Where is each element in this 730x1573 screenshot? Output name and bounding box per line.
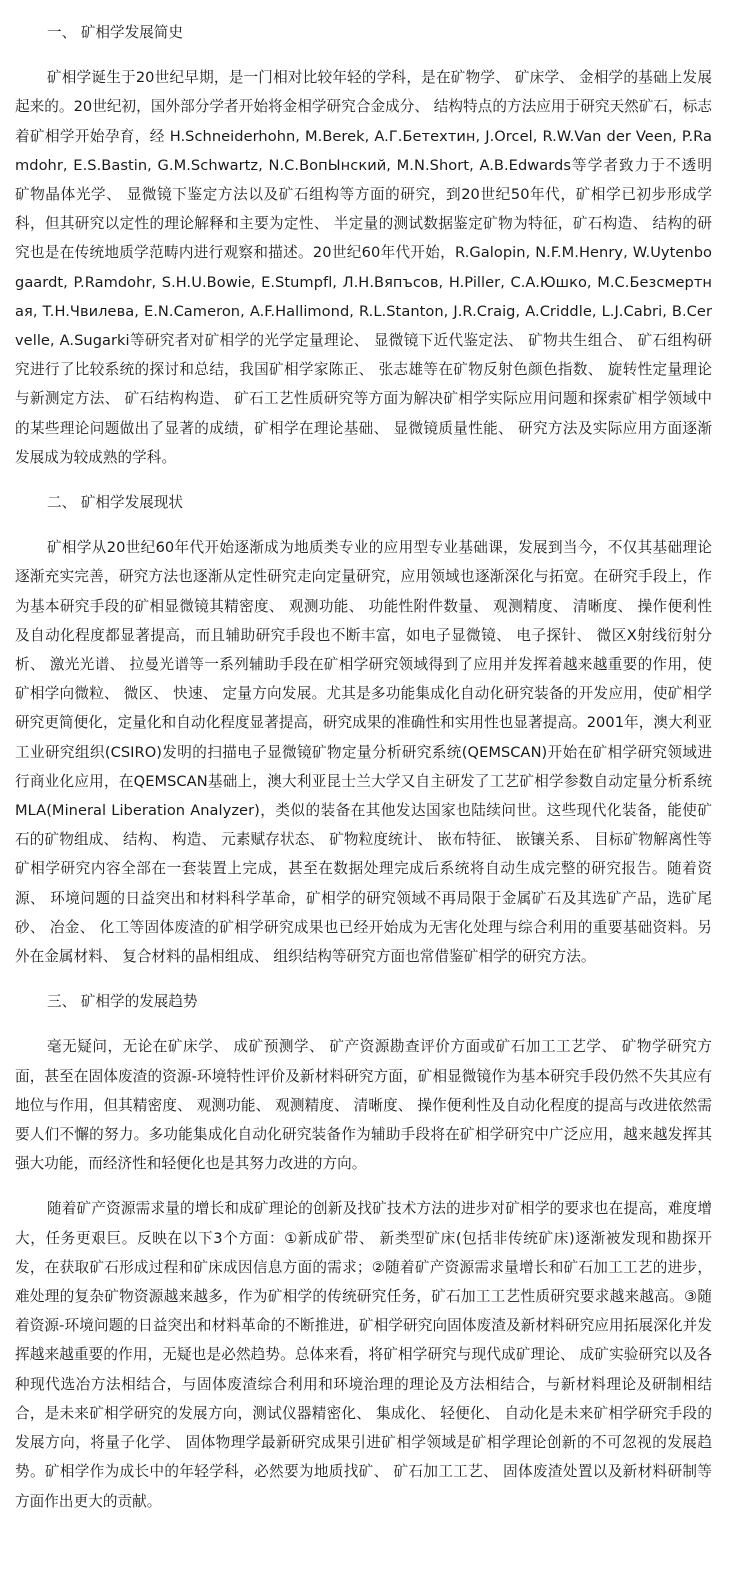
section-trends: 三、 矿相学的发展趋势 毫无疑问，无论在矿床学、 成矿预测学、 矿产资源勘查评价… (15, 987, 712, 1515)
spacer (15, 1178, 712, 1194)
section-status: 二、 矿相学发展现状 矿相学从20世纪60年代开始逐渐成为地质类专业的应用型专业… (15, 488, 712, 971)
spacer (15, 517, 712, 533)
document-page: 一、 矿相学发展简史 矿相学诞生于20世纪早期，是一门相对比较年轻的学科，是在矿… (15, 18, 712, 1516)
section-history: 一、 矿相学发展简史 矿相学诞生于20世纪早期，是一门相对比较年轻的学科，是在矿… (15, 18, 712, 472)
spacer (15, 971, 712, 987)
spacer (15, 1016, 712, 1032)
spacer (15, 47, 712, 63)
section-heading-history: 一、 矿相学发展简史 (15, 18, 712, 47)
paragraph-trends-2: 随着矿产资源需求量的增长和成矿理论的创新及找矿技术方法的进步对矿相学的要求也在提… (15, 1194, 712, 1515)
spacer (15, 472, 712, 488)
paragraph-trends-1: 毫无疑问，无论在矿床学、 成矿预测学、 矿产资源勘查评价方面或矿石加工工艺学、 … (15, 1032, 712, 1178)
section-heading-status: 二、 矿相学发展现状 (15, 488, 712, 517)
section-heading-trends: 三、 矿相学的发展趋势 (15, 987, 712, 1016)
paragraph-history-1: 矿相学诞生于20世纪早期，是一门相对比较年轻的学科，是在矿物学、 矿床学、 金相… (15, 63, 712, 472)
paragraph-status-1: 矿相学从20世纪60年代开始逐渐成为地质类专业的应用型专业基础课，发展到当今，不… (15, 533, 712, 971)
